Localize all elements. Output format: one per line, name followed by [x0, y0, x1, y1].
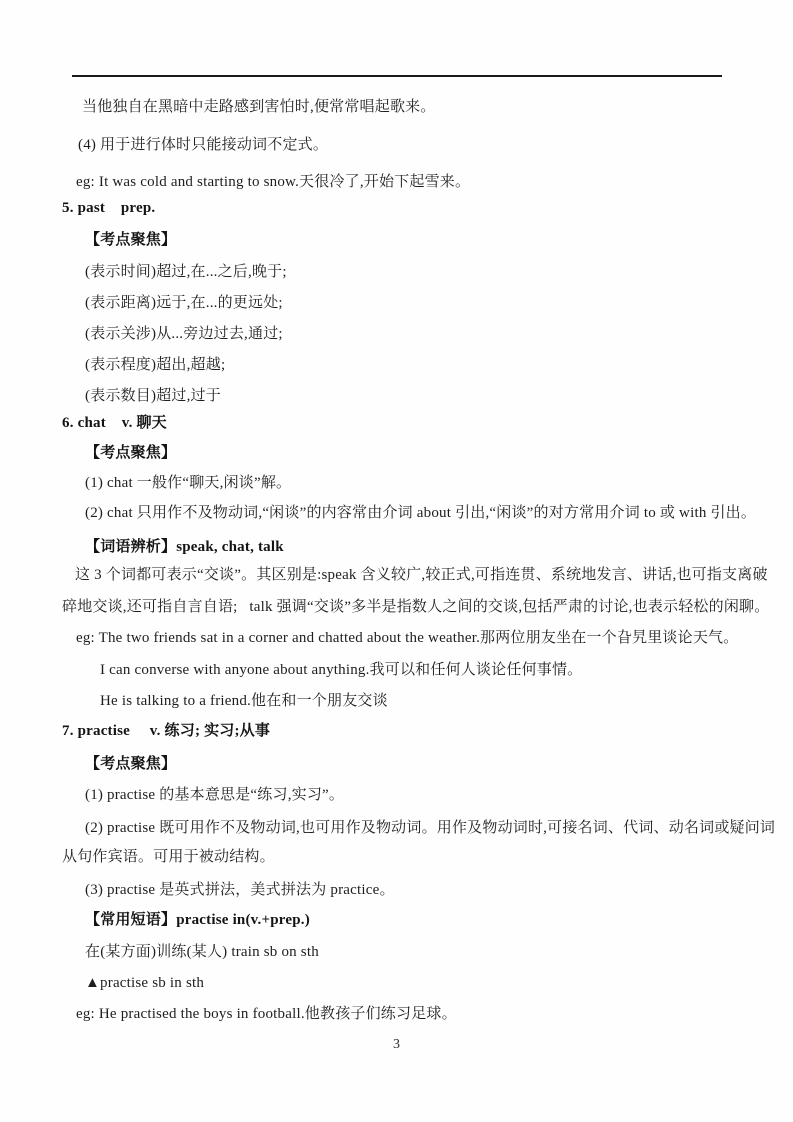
text-line: (1) practise 的基本意思是“练习,实习”。 — [85, 785, 344, 805]
text-line: 当他独自在黑暗中走路感到害怕时,便常常唱起歌来。 — [82, 97, 436, 117]
text-line: 碎地交谈,还可指自言自语; talk 强调“交谈”多半是指数人之间的交谈,包括严… — [62, 597, 769, 617]
document-page: 当他独自在黑暗中走路感到害怕时,便常常唱起歌来。 (4) 用于进行体时只能接动词… — [0, 0, 793, 1122]
section-heading-practise: 7. practise v. 练习; 实习;从事 — [62, 721, 270, 741]
subheading-word-discrimination: 【词语辨析】speak, chat, talk — [85, 537, 284, 557]
subheading-exam-focus: 【考点聚焦】 — [85, 230, 176, 250]
text-line: (1) chat 一般作“聊天,闲谈”解。 — [85, 473, 291, 493]
text-line-triangle-marker: ▲practise sb in sth — [85, 973, 204, 993]
section-heading-past: 5. past prep. — [62, 198, 155, 218]
text-line: (4) 用于进行体时只能接动词不定式。 — [78, 135, 328, 155]
header-rule — [72, 75, 722, 77]
subheading-common-phrases: 【常用短语】practise in(v.+prep.) — [85, 910, 310, 930]
example-line: eg: He practised the boys in football.他教… — [76, 1004, 457, 1024]
example-line: eg: It was cold and starting to snow.天很冷… — [76, 172, 470, 192]
example-line: eg: The two friends sat in a corner and … — [76, 628, 738, 648]
text-line: (表示程度)超出,超越; — [85, 355, 225, 375]
text-line: (2) chat 只用作不及物动词,“闲谈”的内容常由介词 about 引出,“… — [85, 503, 756, 523]
text-line: (3) practise 是英式拼法，美式拼法为 practice。 — [85, 880, 395, 900]
subheading-exam-focus: 【考点聚焦】 — [85, 754, 176, 774]
text-line: 从句作宾语。可用于被动结构。 — [62, 847, 275, 867]
section-heading-chat: 6. chat v. 聊天 — [62, 413, 167, 433]
text-line: (表示关涉)从...旁边过去,通过; — [85, 324, 283, 344]
text-line: (表示时间)超过,在...之后,晚于; — [85, 262, 287, 282]
example-line: He is talking to a friend.他在和一个朋友交谈 — [100, 691, 388, 711]
example-line: I can converse with anyone about anythin… — [100, 660, 582, 680]
text-line: 这 3 个词都可表示“交谈”。其区别是:speak 含义较广,较正式,可指连贯、… — [75, 565, 768, 585]
text-line: (表示数目)超过,过于 — [85, 386, 221, 406]
text-line: 在(某方面)训练(某人) train sb on sth — [85, 942, 319, 962]
page-number: 3 — [0, 1037, 793, 1053]
text-line: (表示距离)远于,在...的更远处; — [85, 293, 283, 313]
text-line: (2) practise 既可用作不及物动词,也可用作及物动词。用作及物动词时,… — [85, 818, 775, 838]
subheading-exam-focus: 【考点聚焦】 — [85, 443, 176, 463]
